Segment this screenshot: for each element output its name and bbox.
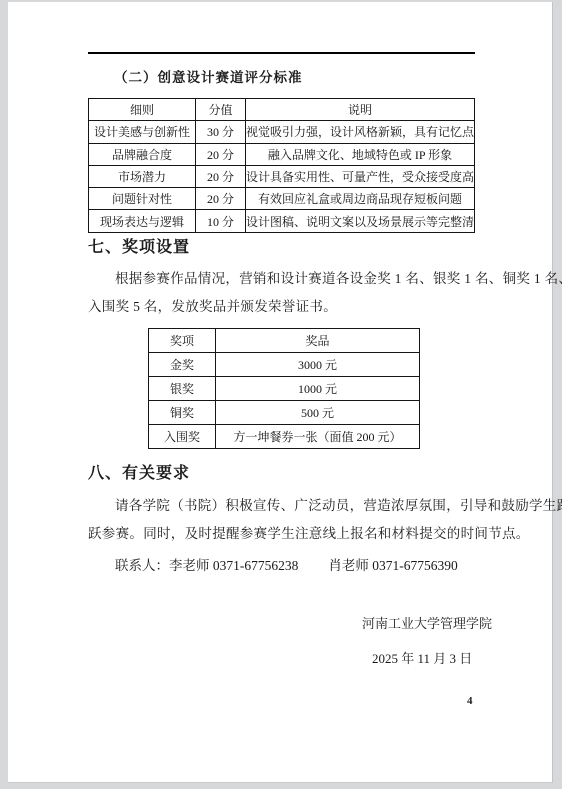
awards-header-prize: 奖品 — [216, 329, 420, 353]
table-row: 银奖 1000 元 — [149, 377, 420, 401]
table-cell: 3000 元 — [216, 353, 420, 377]
signature-organization: 河南工业大学管理学院 — [362, 613, 492, 632]
table-cell: 有效回应礼盒或周边商品现存短板问题 — [246, 188, 475, 210]
table-row: 金奖 3000 元 — [149, 353, 420, 377]
table-header-row: 奖项 奖品 — [149, 329, 420, 353]
awards-header-tier: 奖项 — [149, 329, 216, 353]
paragraph-line: 入围奖 5 名，发放奖品并颁发荣誉证书。 — [88, 293, 492, 321]
paragraph-line: 跃参赛。同时，及时提醒参赛学生注意线上报名和材料提交的时间节点。 — [88, 520, 492, 548]
table-cell: 金奖 — [149, 353, 216, 377]
table-header-row: 细则 分值 说明 — [89, 99, 475, 121]
table-cell: 融入品牌文化、地域特色或 IP 形象 — [246, 143, 475, 165]
table-cell: 20 分 — [196, 143, 246, 165]
table-cell: 视觉吸引力强，设计风格新颖，具有记忆点 — [246, 121, 475, 143]
contact-teacher-xiao: 肖老师 0371-67756390 — [328, 558, 457, 573]
contact-line: 联系人：李老师 0371-67756238肖老师 0371-67756390 — [88, 554, 458, 574]
requirements-paragraph: 请各学院（书院）积极宣传、广泛动员，营造浓厚氛围，引导和鼓励学生踊 跃参赛。同时… — [88, 492, 492, 548]
table-cell: 现场表达与逻辑 — [89, 210, 196, 232]
requirements-section-heading: 八、有关要求 — [88, 460, 190, 483]
table-cell: 10 分 — [196, 210, 246, 232]
document-page: （二）创意设计赛道评分标准 细则 分值 说明 设计美感与创新性 30 分 视觉吸… — [8, 2, 553, 783]
page-number: 4 — [467, 695, 473, 707]
table-row: 入围奖 方一坤餐券一张（面值 200 元） — [149, 425, 420, 449]
table-cell: 500 元 — [216, 401, 420, 425]
scoring-header-criteria: 细则 — [89, 99, 196, 121]
table-cell: 方一坤餐券一张（面值 200 元） — [216, 425, 420, 449]
table-cell: 20 分 — [196, 188, 246, 210]
table-cell: 入围奖 — [149, 425, 216, 449]
table-row: 设计美感与创新性 30 分 视觉吸引力强，设计风格新颖，具有记忆点 — [89, 121, 475, 143]
table-cell: 品牌融合度 — [89, 143, 196, 165]
signature-date: 2025 年 11 月 3 日 — [372, 648, 472, 667]
table-cell: 30 分 — [196, 121, 246, 143]
table-row: 铜奖 500 元 — [149, 401, 420, 425]
table-cell: 1000 元 — [216, 377, 420, 401]
awards-table: 奖项 奖品 金奖 3000 元 银奖 1000 元 铜奖 500 元 入围奖 方… — [148, 328, 420, 449]
paragraph-line: 请各学院（书院）积极宣传、广泛动员，营造浓厚氛围，引导和鼓励学生踊 — [88, 492, 492, 520]
table-cell: 20 分 — [196, 165, 246, 187]
scoring-table: 细则 分值 说明 设计美感与创新性 30 分 视觉吸引力强，设计风格新颖，具有记… — [88, 98, 475, 233]
awards-section-heading: 七、奖项设置 — [88, 234, 190, 257]
table-cell: 市场潜力 — [89, 165, 196, 187]
table-cell: 设计具备实用性、可量产性，受众接受度高 — [246, 165, 475, 187]
table-cell: 设计美感与创新性 — [89, 121, 196, 143]
awards-paragraph: 根据参赛作品情况，营销和设计赛道各设金奖 1 名、银奖 1 名、铜奖 1 名、 … — [88, 265, 492, 321]
table-row: 问题针对性 20 分 有效回应礼盒或周边商品现存短板问题 — [89, 188, 475, 210]
table-row: 现场表达与逻辑 10 分 设计图稿、说明文案以及场景展示等完整清晰 — [89, 210, 475, 232]
scoring-header-score: 分值 — [196, 99, 246, 121]
scoring-header-description: 说明 — [246, 99, 475, 121]
paragraph-line: 根据参赛作品情况，营销和设计赛道各设金奖 1 名、银奖 1 名、铜奖 1 名、 — [88, 265, 492, 293]
page-top-rule — [88, 52, 475, 54]
table-row: 市场潜力 20 分 设计具备实用性、可量产性，受众接受度高 — [89, 165, 475, 187]
design-criteria-heading: （二）创意设计赛道评分标准 — [114, 66, 303, 86]
table-cell: 银奖 — [149, 377, 216, 401]
table-cell: 问题针对性 — [89, 188, 196, 210]
table-row: 品牌融合度 20 分 融入品牌文化、地域特色或 IP 形象 — [89, 143, 475, 165]
table-cell: 设计图稿、说明文案以及场景展示等完整清晰 — [246, 210, 475, 232]
contact-teacher-li: 联系人：李老师 0371-67756238 — [115, 558, 298, 573]
table-cell: 铜奖 — [149, 401, 216, 425]
